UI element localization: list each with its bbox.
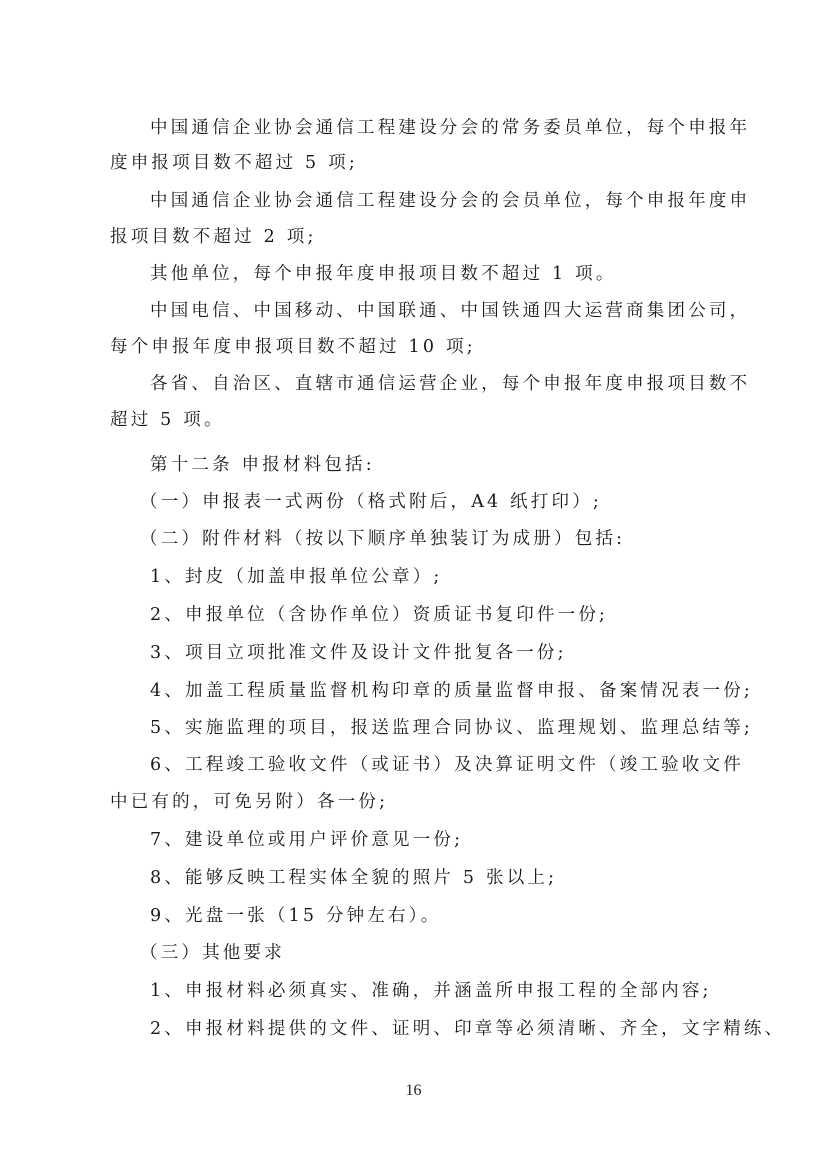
text-line: 各省、自治区、直辖市通信运营企业，每个申报年度申报项目数不: [150, 372, 714, 396]
text-line: 9、光盘一张（15 分钟左右）。: [150, 904, 714, 928]
text-line: 7、建设单位或用户评价意见一份;: [150, 828, 714, 852]
text-line: （一）申报表一式两份（格式附后，A4 纸打印）;: [140, 490, 714, 514]
text-line: 报项目数不超过 2 项;: [110, 225, 714, 249]
text-line: 6、工程竣工验收文件（或证书）及决算证明文件（竣工验收文件: [150, 753, 714, 777]
text-line: 1、申报材料必须真实、准确，并涵盖所申报工程的全部内容;: [150, 979, 714, 1003]
text-line: 度申报项目数不超过 5 项;: [110, 151, 714, 175]
text-line: 4、加盖工程质量监督机构印章的质量监督申报、备案情况表一份;: [150, 679, 714, 703]
text-line: 5、实施监理的项目，报送监理合同协议、监理规划、监理总结等;: [150, 716, 714, 740]
text-line: 中国通信企业协会通信工程建设分会的常务委员单位，每个申报年: [150, 116, 714, 140]
text-line: 2、申报单位（含协作单位）资质证书复印件一份;: [150, 603, 714, 627]
text-line: 中国电信、中国移动、中国联通、中国铁通四大运营商集团公司，: [150, 299, 714, 323]
text-line: （三）其他要求: [140, 941, 714, 965]
text-line: 中国通信企业协会通信工程建设分会的会员单位，每个申报年度申: [150, 189, 714, 213]
page-number: 16: [0, 1082, 827, 1100]
text-line: （二）附件材料（按以下顺序单独装订为成册）包括:: [140, 527, 714, 551]
text-line: 3、项目立项批准文件及设计文件批复各一份;: [150, 641, 714, 665]
text-line: 超过 5 项。: [110, 408, 714, 432]
text-line: 中已有的，可免另附）各一份;: [110, 790, 714, 814]
text-line: 每个申报年度申报项目数不超过 10 项;: [110, 335, 714, 359]
text-line: 1、封皮（加盖申报单位公章）;: [150, 565, 714, 589]
document-page: 中国通信企业协会通信工程建设分会的常务委员单位，每个申报年度申报项目数不超过 5…: [0, 0, 827, 1169]
text-line: 第十二条 申报材料包括:: [150, 453, 714, 477]
text-line: 2、申报材料提供的文件、证明、印章等必须清晰、齐全，文字精练、: [150, 1017, 714, 1041]
text-line: 其他单位，每个申报年度申报项目数不超过 1 项。: [150, 262, 714, 286]
text-line: 8、能够反映工程实体全貌的照片 5 张以上;: [150, 866, 714, 890]
